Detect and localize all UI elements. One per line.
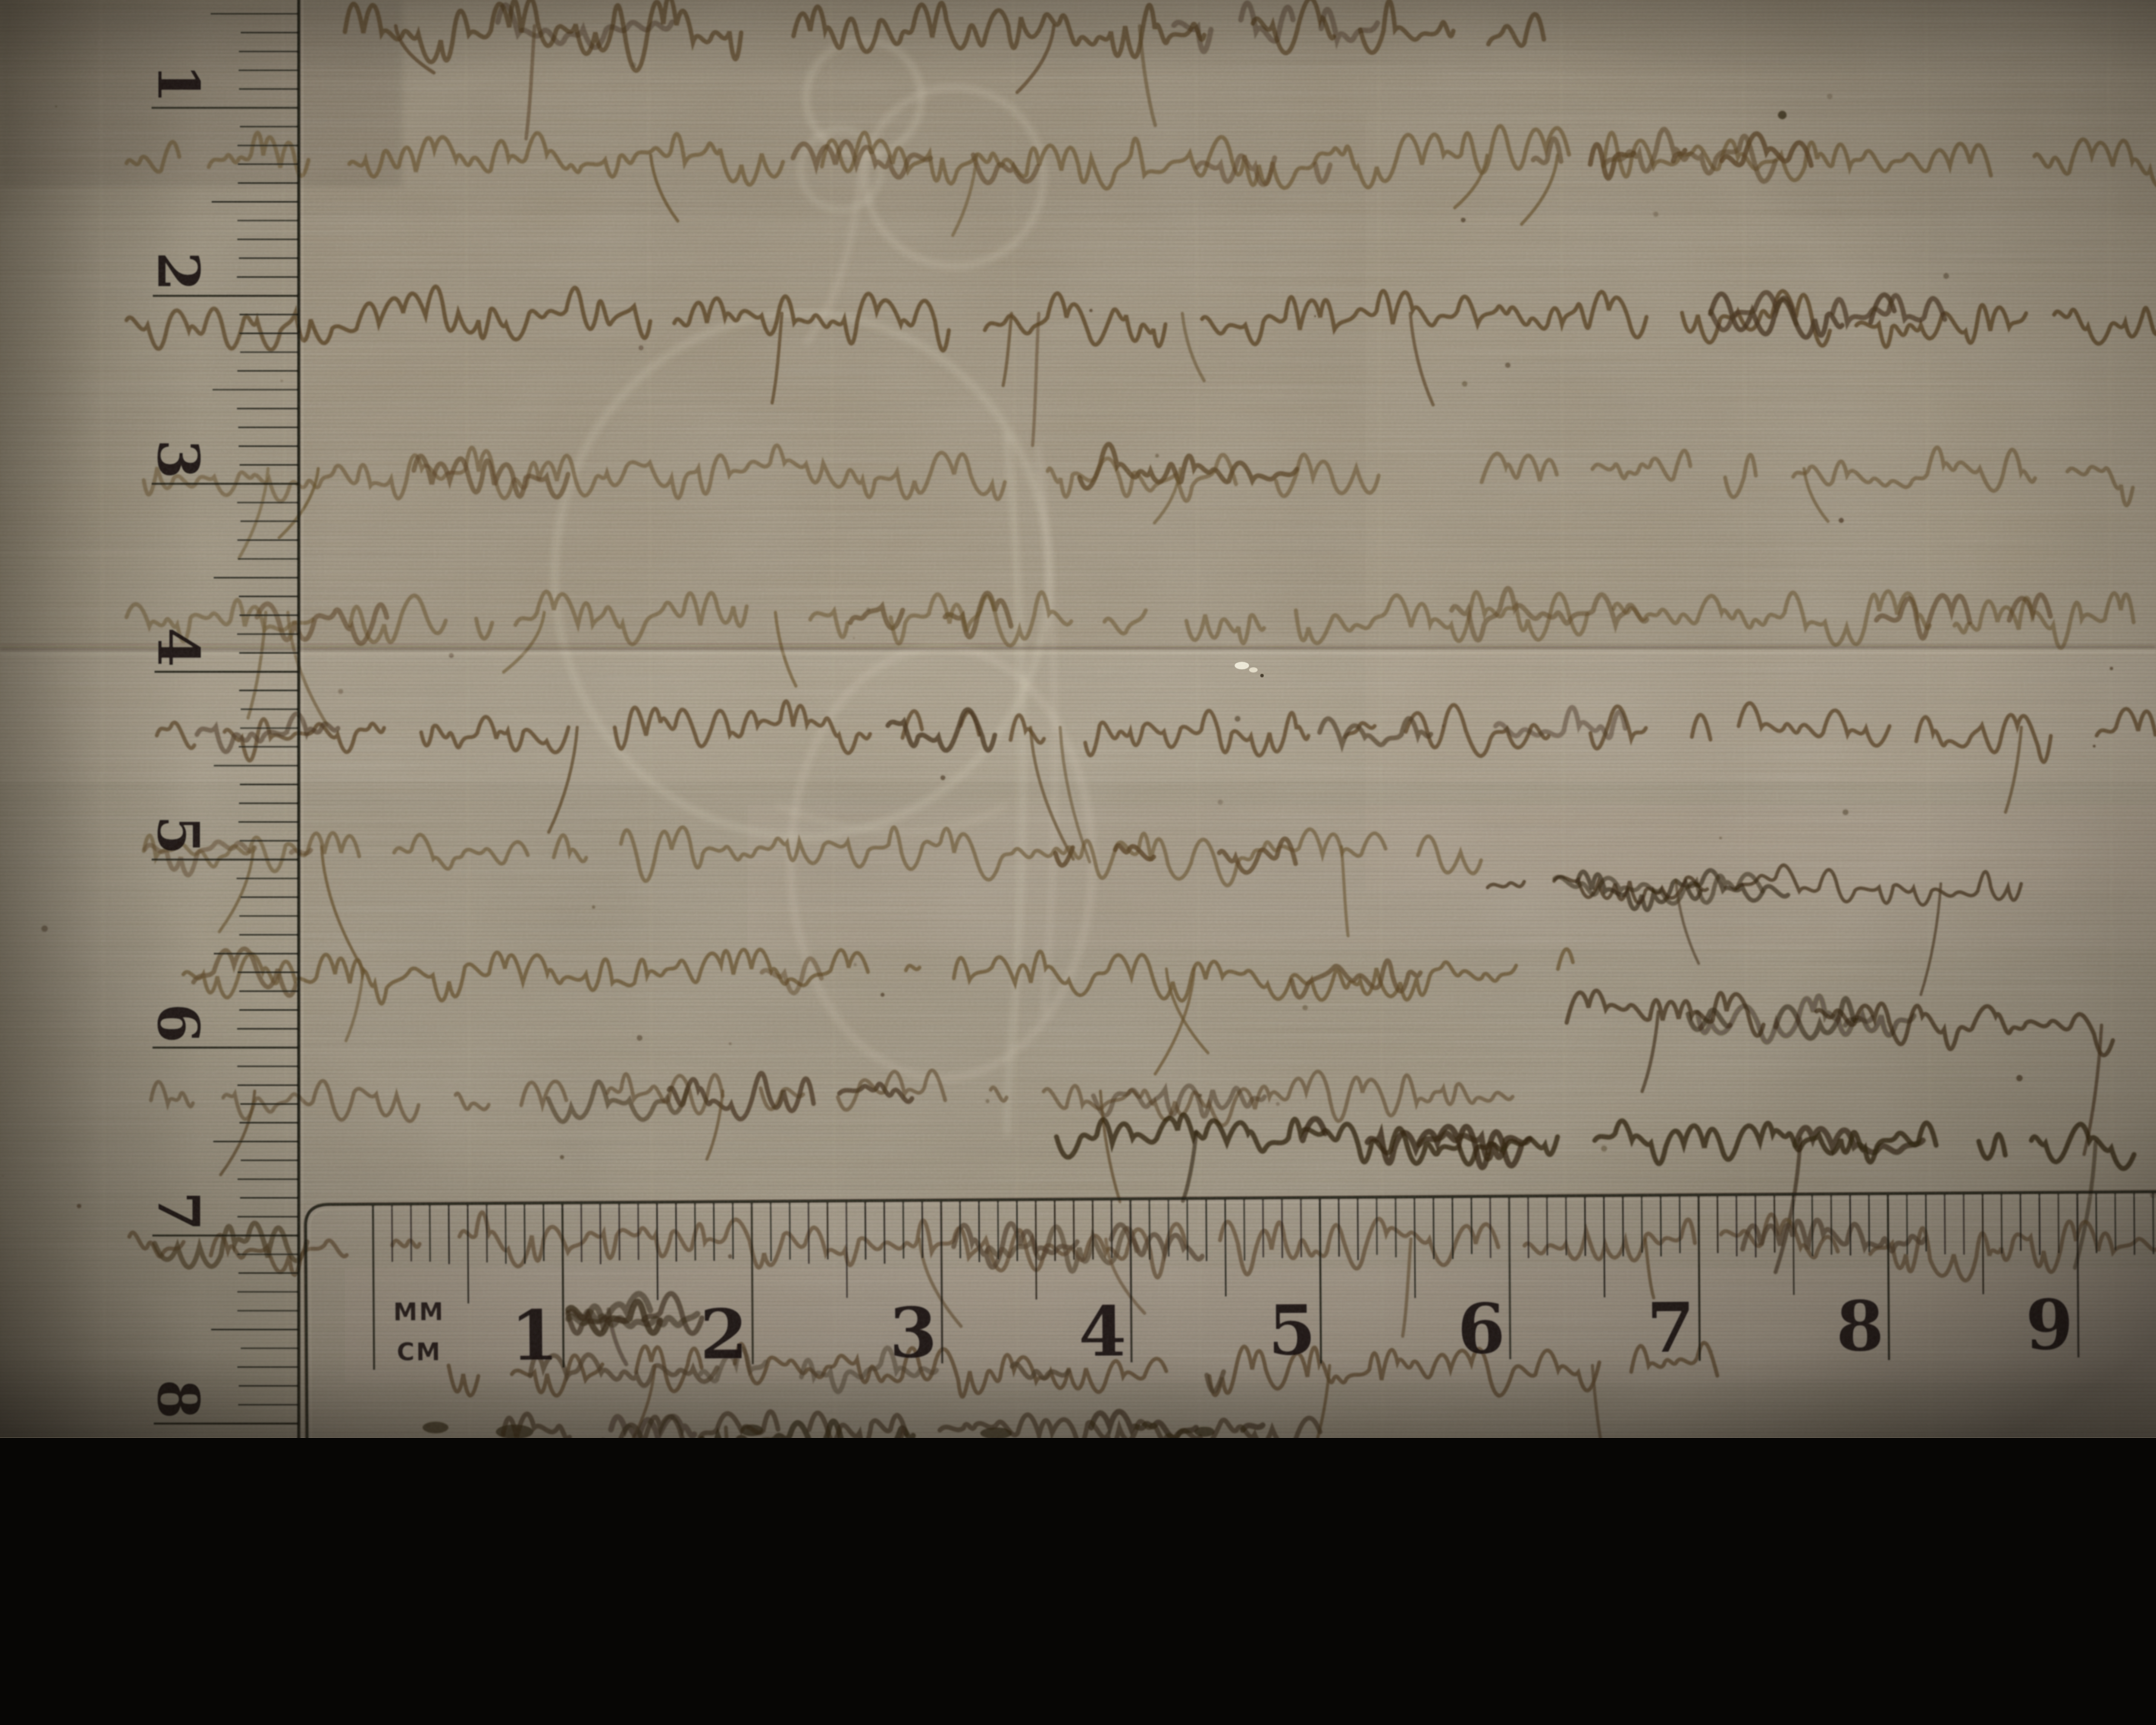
- photo-canvas: 1 2 3 4 5 6 7 8 MM CM 1 2 3 4 5 6 7 8 9: [0, 0, 2156, 1437]
- vignette: [0, 0, 2156, 1437]
- photo-finish-layer: [0, 0, 2156, 1437]
- manuscript-photo: 1 2 3 4 5 6 7 8 MM CM 1 2 3 4 5 6 7 8 9: [0, 0, 2156, 1437]
